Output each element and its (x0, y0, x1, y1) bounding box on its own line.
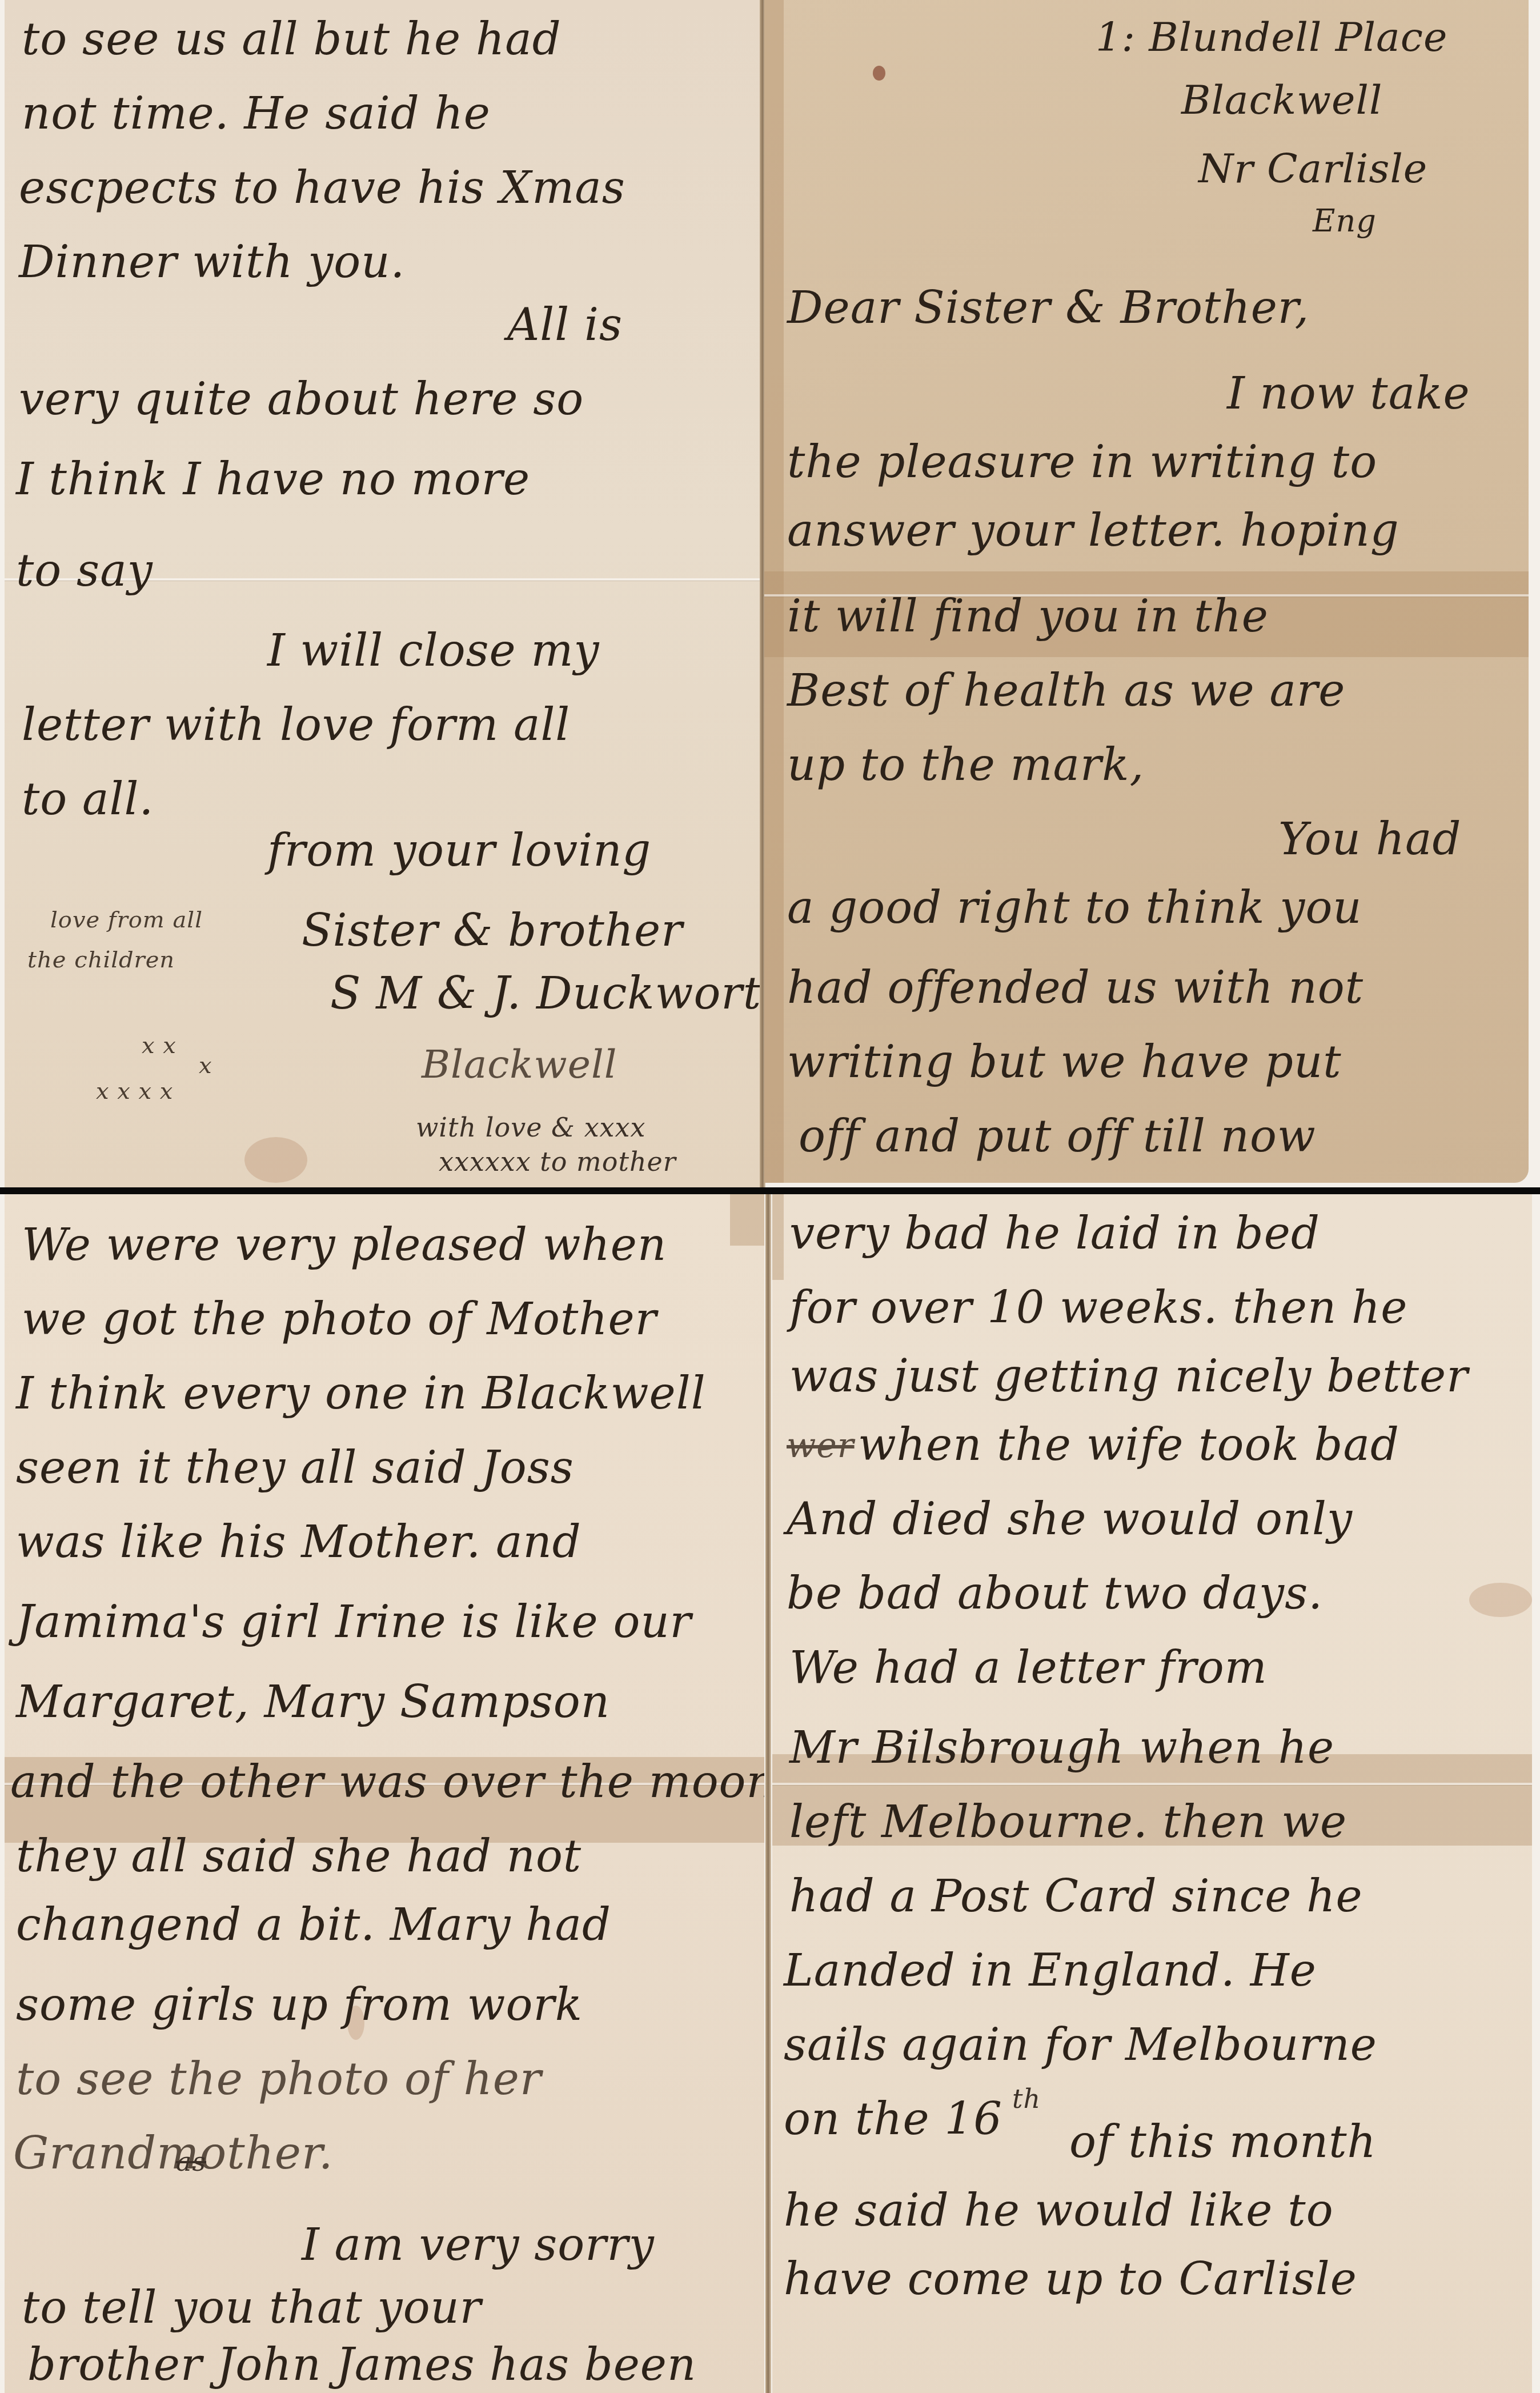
letter-line: he said he would like to (784, 2188, 1334, 2233)
letter-line: to see us all but he had (22, 17, 562, 62)
water-stain (1469, 1583, 1532, 1617)
letter-line: We were very pleased when (22, 1223, 667, 1267)
letter-line: very quite about here so (19, 377, 584, 422)
letter-line: answer your letter. hoping (787, 509, 1399, 553)
letter-line: off and put off till now (799, 1114, 1316, 1159)
fold-crease (772, 1783, 1532, 1785)
letter-line: Dinner with you. (19, 240, 405, 285)
letter-line: up to the mark, (787, 743, 1144, 787)
letter-line: escpects to have his Xmas (19, 166, 625, 210)
letter-line: had a Post Card since he (789, 1874, 1363, 1919)
page-bottom-left: We were very pleased when we got the pho… (5, 1194, 764, 2393)
kisses: x (199, 1054, 212, 1077)
scan-top: to see us all but he had not time. He sa… (0, 0, 1540, 1187)
signoff-line: from your loving (267, 829, 651, 873)
tape-strip (730, 1194, 764, 1246)
letter-line: when the wife took bad (858, 1423, 1399, 1467)
letter-line: be bad about two days. (787, 1571, 1323, 1616)
letter-line: Margaret, Mary Sampson (16, 1680, 610, 1724)
letter-line: for over 10 weeks. then he (789, 1286, 1407, 1330)
letter-line: I am very sorry (302, 2223, 655, 2267)
letter-line: seen it they all said Joss (16, 1446, 574, 1490)
letter-line: the pleasure in writing to (787, 440, 1377, 485)
letter-line: they all said she had not (16, 1834, 581, 1879)
letter-line: Landed in England. He (784, 1948, 1317, 1993)
letter-line: sails again for Melbourne (784, 2023, 1377, 2067)
tape-strip (772, 1194, 784, 1280)
letter-line: Mr Bilsbrough when he (789, 1726, 1334, 1770)
letter-line: Jamima's girl Irine is like our (16, 1600, 692, 1644)
letter-line: changend a bit. Mary had (16, 1903, 611, 1947)
margin-note: the children (27, 949, 175, 971)
letter-line: You had (1278, 817, 1461, 862)
letter-line: was just getting nicely better (789, 1354, 1468, 1399)
letter-line: I think I have no more (16, 457, 530, 502)
signoff-line: Sister & brother (302, 909, 683, 953)
scan-divider (0, 1187, 1540, 1194)
letter-line: to tell you that your (22, 2286, 482, 2330)
signature: S M & J. Duckworth (330, 971, 760, 1016)
letter-line: to all. (22, 777, 154, 822)
letter-line: had offended us with not (787, 966, 1363, 1010)
letter-line: left Melbourne. then we (789, 1800, 1347, 1844)
letter-line: very bad he laid in bed (789, 1211, 1320, 1256)
kisses: x x x x (96, 1080, 173, 1103)
ink-stain (244, 1137, 307, 1183)
letter-line: it will find you in the (787, 594, 1269, 639)
crossed-out-word: as (176, 2148, 206, 2175)
letter-line: We had a letter from (789, 1646, 1268, 1690)
letter-line: I now take (1227, 371, 1470, 416)
letter-line: And died she would only (787, 1497, 1353, 1542)
page-spine (765, 1194, 771, 2393)
letter-line: letter with love form all (22, 703, 570, 747)
letter-line: I will close my (267, 629, 600, 673)
ink-stain (873, 66, 885, 81)
letter-line: to say (16, 549, 153, 593)
scan-bottom: We were very pleased when we got the pho… (0, 1194, 1540, 2393)
letter-line: on the 16 (784, 2097, 1002, 2142)
address-line: 1: Blundell Place (1096, 17, 1447, 57)
letter-line: to see the photo of her (16, 2057, 542, 2102)
crossed-out-word: wer (787, 1428, 855, 1463)
page-bottom-right: very bad he laid in bed for over 10 week… (772, 1194, 1532, 2393)
letter-line: and the other was over the moon (10, 1760, 764, 1804)
letter-line: All is (507, 303, 623, 347)
letter-line: was like his Mother. and (16, 1520, 581, 1564)
letter-line: brother John James has been (27, 2343, 696, 2387)
margin-note: love from all (50, 909, 203, 931)
letter-line: not time. He said he (22, 91, 491, 136)
postscript-line: with love & xxxx (416, 1114, 645, 1141)
letter-line: some girls up from work (16, 1983, 583, 2027)
ordinal-suffix: th (1012, 2086, 1041, 2112)
letter-line: a good right to think you (787, 886, 1362, 930)
letter-line: Grandmother. (13, 2131, 333, 2176)
page-top-right: 1: Blundell Place Blackwell Nr Carlisle … (764, 0, 1529, 1183)
letter-line: Best of health as we are (787, 669, 1345, 713)
kisses: x x (142, 1034, 177, 1057)
letter-line: of this month (1069, 2120, 1377, 2164)
signature-place: Blackwell (422, 1046, 617, 1085)
letter-line: writing but we have put (787, 1040, 1342, 1085)
letter-line: I think every one in Blackwell (16, 1371, 706, 1416)
salutation: Dear Sister & Brother, (787, 286, 1309, 330)
letter-line: we got the photo of Mother (22, 1297, 657, 1342)
address-line: Blackwell (1181, 80, 1382, 120)
page-top-left: to see us all but he had not time. He sa… (5, 0, 760, 1187)
postscript-line: xxxxxx to mother (439, 1149, 676, 1175)
address-line: Eng (1313, 206, 1377, 237)
letter-line: have come up to Carlisle (784, 2257, 1357, 2302)
address-line: Nr Carlisle (1198, 149, 1427, 189)
